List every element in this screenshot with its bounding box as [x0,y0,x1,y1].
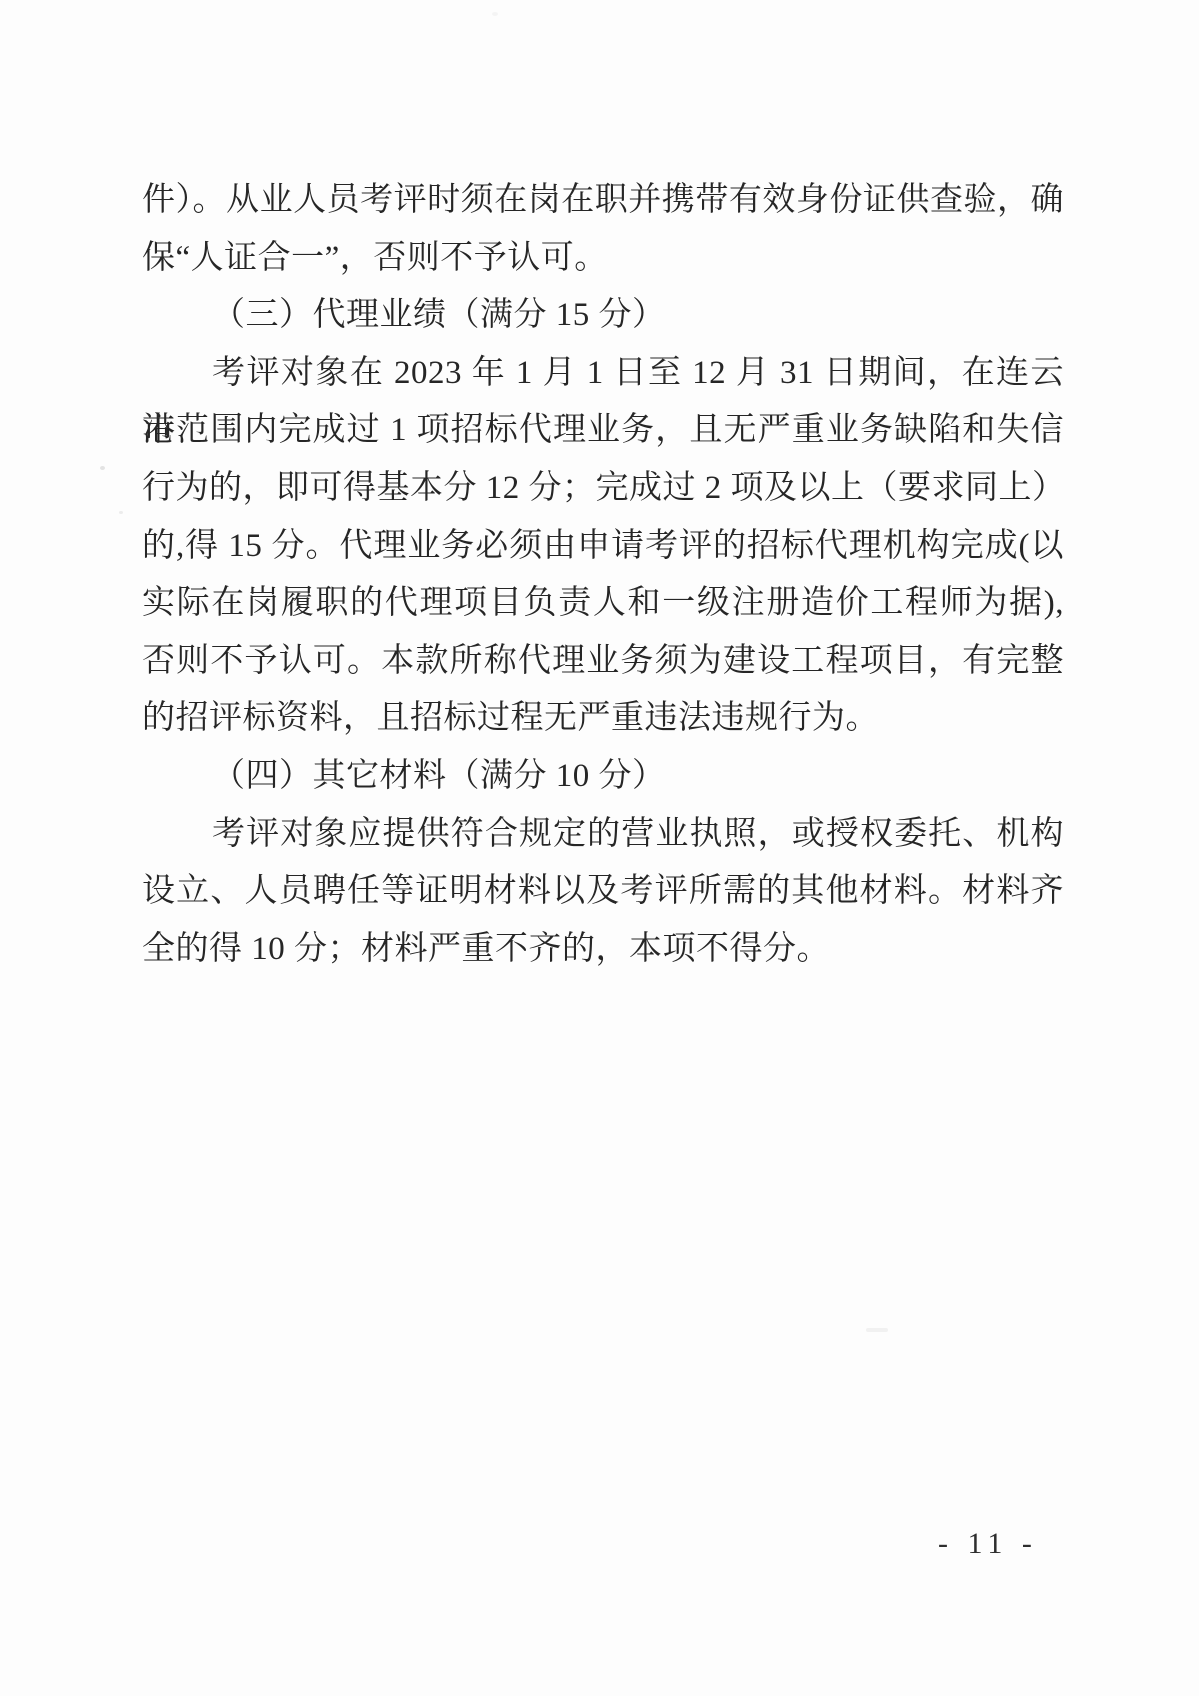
body-line: 设立、人员聘任等证明材料以及考评所需的其他材料。材料齐 [142,863,1064,921]
document-page: 件）。从业人员考评时须在岗在职并携带有效身份证供查验，确 保“人证合一”，否则不… [0,0,1199,1696]
section-heading-4: （四）其它材料（满分 10 分） [142,748,1064,806]
document-body: 件）。从业人员考评时须在岗在职并携带有效身份证供查验，确 保“人证合一”，否则不… [142,172,1064,978]
scan-speck [119,511,123,514]
body-line: 否则不予认可。本款所称代理业务须为建设工程项目，有完整 [142,633,1064,691]
body-line: 全的得 10 分；材料严重不齐的，本项不得分。 [142,921,1064,979]
body-line: 保“人证合一”，否则不予认可。 [142,230,1064,288]
body-line: 行为的，即可得基本分 12 分；完成过 2 项及以上（要求同上） [142,460,1064,518]
body-line: 件）。从业人员考评时须在岗在职并携带有效身份证供查验，确 [142,172,1064,230]
body-line: 实际在岗履职的代理项目负责人和一级注册造价工程师为据), [142,575,1064,633]
scan-speck [866,1328,888,1332]
scan-speck [492,12,498,16]
scan-speck [100,466,105,470]
body-line: 的招评标资料，且招标过程无严重违法违规行为。 [142,690,1064,748]
page-number: - 11 - [938,1527,1038,1561]
body-line: 考评对象应提供符合规定的营业执照，或授权委托、机构 [142,806,1064,864]
body-line: 市范围内完成过 1 项招标代理业务，且无严重业务缺陷和失信 [142,402,1064,460]
body-line: 考评对象在 2023 年 1 月 1 日至 12 月 31 日期间，在连云港 [142,345,1064,403]
section-heading-3: （三）代理业绩（满分 15 分） [142,287,1064,345]
body-line: 的,得 15 分。代理业务必须由申请考评的招标代理机构完成(以 [142,518,1064,576]
